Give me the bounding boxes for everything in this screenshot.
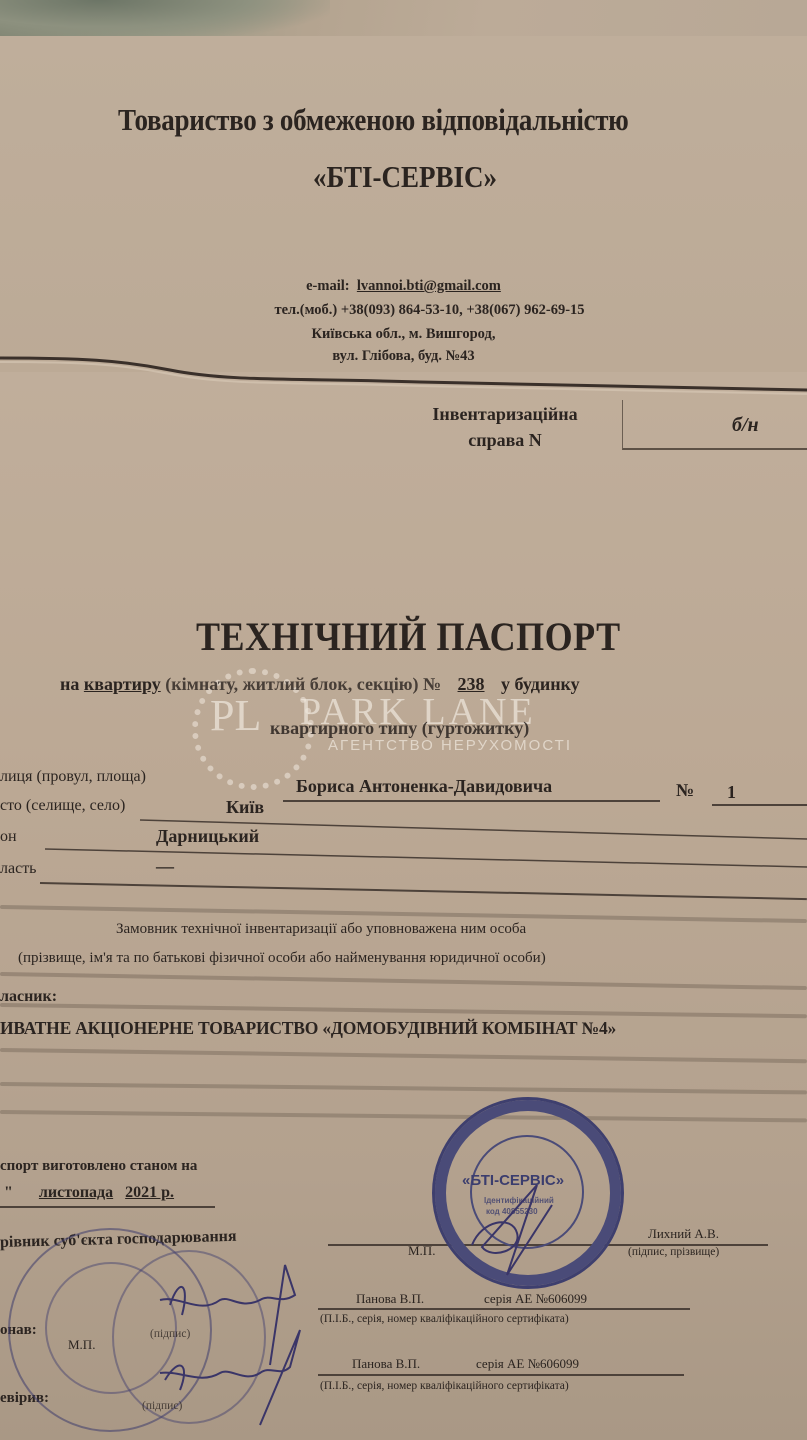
date-quote: " bbox=[4, 1184, 13, 1201]
watermark-monogram: PL bbox=[210, 690, 261, 741]
checker-cert: серія АЕ №606099 bbox=[476, 1356, 579, 1372]
object-alternatives: (кімнату, житлий блок, секцію) № bbox=[165, 674, 441, 694]
district-label: он bbox=[0, 828, 17, 846]
object-type: квартиру bbox=[84, 674, 161, 694]
executor-checker-signatures bbox=[120, 1255, 310, 1435]
region-value: — bbox=[156, 856, 174, 877]
head-mp: М.П. bbox=[408, 1243, 435, 1259]
head-caption: (підпис, прізвище) bbox=[628, 1246, 719, 1258]
executor-name: Панова В.П. bbox=[356, 1291, 424, 1307]
street-underline bbox=[283, 800, 660, 802]
prepared-month: листопада bbox=[39, 1184, 113, 1201]
contact-email-row: e-mail: lvannoi.bti@gmail.com bbox=[0, 278, 807, 295]
head-name: Лихний А.В. bbox=[648, 1226, 719, 1242]
email-label: e-mail: bbox=[306, 278, 349, 294]
contact-address-1: Київська обл., м. Вишгород, bbox=[0, 326, 807, 343]
checker-caption: (П.І.Б., серія, номер кваліфікаційного с… bbox=[320, 1380, 569, 1392]
house-number-value: 1 bbox=[727, 782, 736, 803]
executor-caption: (П.І.Б., серія, номер кваліфікаційного с… bbox=[320, 1313, 569, 1325]
district-value: Дарницький bbox=[156, 826, 259, 847]
contact-phones: тел.(моб.) +38(093) 864-53-10, +38(067) … bbox=[26, 302, 807, 319]
subject-line-1: на квартиру (кімнату, житлий блок, секці… bbox=[60, 674, 580, 695]
city-label: сто (селище, село) bbox=[0, 797, 125, 815]
subject-line-2: квартирного типу (гуртожитку) bbox=[270, 718, 529, 739]
watermark-tagline: АГЕНТСТВО НЕРУХОМОСТІ bbox=[328, 737, 572, 754]
street-label: лиця (провул, площа) bbox=[0, 768, 146, 786]
head-signature bbox=[462, 1175, 572, 1285]
left-stamp-mp: М.П. bbox=[68, 1337, 95, 1353]
executor-cert: серія АЕ №606099 bbox=[484, 1291, 587, 1307]
subject-prefix: на bbox=[60, 674, 79, 694]
executor-underline bbox=[318, 1308, 690, 1310]
org-title: Товариство з обмеженою відповідальністю bbox=[118, 103, 629, 138]
customer-caption-1: Замовник технічної інвентаризації або уп… bbox=[116, 921, 526, 938]
prepared-label: спорт виготовлено станом на bbox=[0, 1158, 197, 1175]
subject-suffix: у будинку bbox=[501, 674, 580, 694]
prepared-year: 2021 р. bbox=[125, 1184, 174, 1201]
checker-name: Панова В.П. bbox=[352, 1356, 420, 1372]
prepared-date: " листопада 2021 р. bbox=[4, 1184, 174, 1202]
inventory-number-value: б/н bbox=[732, 414, 759, 437]
inventory-label-2: справа N bbox=[400, 430, 610, 451]
region-label: ласть bbox=[0, 860, 36, 878]
org-name: «БТІ-СЕРВІС» bbox=[313, 160, 497, 195]
street-value: Бориса Антоненка-Давидовича bbox=[296, 776, 552, 797]
inventory-label-1: Інвентаризаційна bbox=[400, 404, 610, 425]
inventory-number-box bbox=[622, 400, 807, 450]
customer-caption-2: (прізвище, ім'я та по батькові фізичної … bbox=[18, 950, 546, 967]
checker-underline bbox=[318, 1374, 684, 1376]
house-number-label: № bbox=[676, 780, 694, 801]
document-title: ТЕХНІЧНИЙ ПАСПОРТ bbox=[196, 613, 621, 660]
apartment-number: 238 bbox=[446, 674, 497, 694]
paper-fold-line bbox=[0, 348, 807, 398]
field-underlines bbox=[0, 815, 807, 875]
house-number-underline bbox=[712, 804, 807, 806]
owner-value: ИВАТНЕ АКЦІОНЕРНЕ ТОВАРИСТВО «ДОМОБУДІВН… bbox=[0, 1018, 616, 1039]
email-link[interactable]: lvannoi.bti@gmail.com bbox=[357, 278, 501, 294]
date-underline bbox=[0, 1206, 215, 1208]
